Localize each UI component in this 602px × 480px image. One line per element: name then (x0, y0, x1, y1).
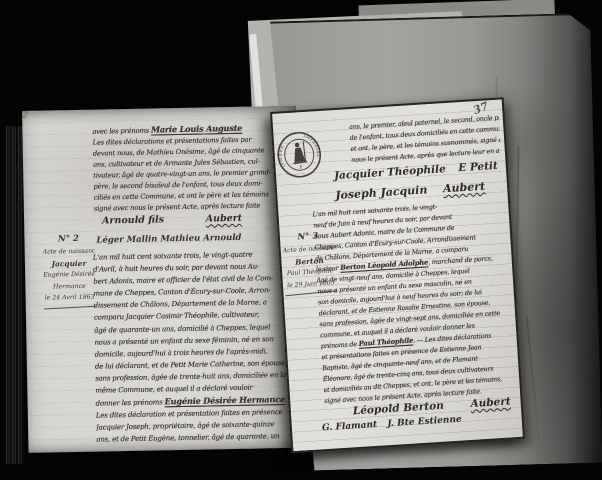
line-text: , marchand de porcs, (428, 254, 493, 266)
act2-witness-names: Léger Mallin Mathieu Arnould (96, 233, 241, 246)
act3-body-text: L'an mil huit cent soixante trois, le vi… (312, 198, 512, 407)
margin-line: Jacquier (43, 257, 95, 269)
crease-line (526, 317, 541, 447)
signature: J. Bte Estienne (387, 415, 462, 430)
signature: Joseph Jacquin (335, 183, 428, 202)
signature: Arnould fils (102, 214, 164, 226)
line-text: prénoms de (321, 340, 359, 350)
imperial-stamp: TIMBRE IMPERIAL F (272, 127, 327, 183)
signature: G. Flamant (322, 420, 378, 433)
margin-line: le 24 Avril 1863 (43, 292, 95, 304)
signature: Aubert (206, 213, 243, 225)
book-page-edges (4, 126, 24, 464)
margin-line: Acte de naissance de (43, 246, 95, 258)
margin-underline (44, 305, 96, 309)
margin-note-act2: N° 2 Acte de naissance de Jacquier Eugén… (42, 234, 95, 308)
act2-signatures-row2: Joseph Jacquin Aubert (335, 180, 486, 202)
line-text: avec les prénoms (92, 127, 151, 136)
act1-signatures: Arnould fils Aubert (102, 213, 242, 227)
allegorical-figure (290, 141, 307, 164)
right-register-page: 37 TIMBRE IMPERIAL F ans, le premier, aï… (270, 97, 525, 453)
margin-line: Hermance (43, 280, 95, 292)
line-text: . (285, 396, 287, 404)
line-text: donner les prénoms (96, 398, 165, 407)
act2-body-text: L'an mil huit cent soixante trois, le vi… (93, 248, 297, 446)
act2-continuation-text: ans, le premier, aïeul paternel, le seco… (349, 113, 501, 166)
margin-line: Eugénie Désirée (43, 269, 95, 281)
pencil-mark: 2 (21, 110, 29, 121)
underlined-name: Marie Louis Auguste (151, 123, 243, 135)
stamp-value-mark: F (299, 164, 303, 170)
act3-signatures-row2: G. Flamant J. Bte Estienne (322, 415, 462, 434)
line-text: le sieur (316, 264, 341, 274)
signature: Aubert (443, 180, 486, 196)
manuscript-line: ans, et de Petit Eugène, tonnelier, âgé … (96, 430, 296, 446)
signature: E Petit (458, 160, 498, 174)
register-photograph: 2 avec les prénoms Marie Louis Auguste L… (0, 0, 602, 480)
manuscript-line: signé avec nous le présent Acte, après l… (94, 200, 290, 215)
left-register-page: 2 avec les prénoms Marie Louis Auguste L… (22, 106, 303, 453)
underlined-name: Eugénie Désirée Hermance (164, 394, 285, 406)
signature: Aubert (470, 395, 511, 409)
act1-closing-text: avec les prénoms Marie Louis Auguste Les… (92, 122, 290, 215)
act-number: N° 2 (42, 234, 94, 245)
